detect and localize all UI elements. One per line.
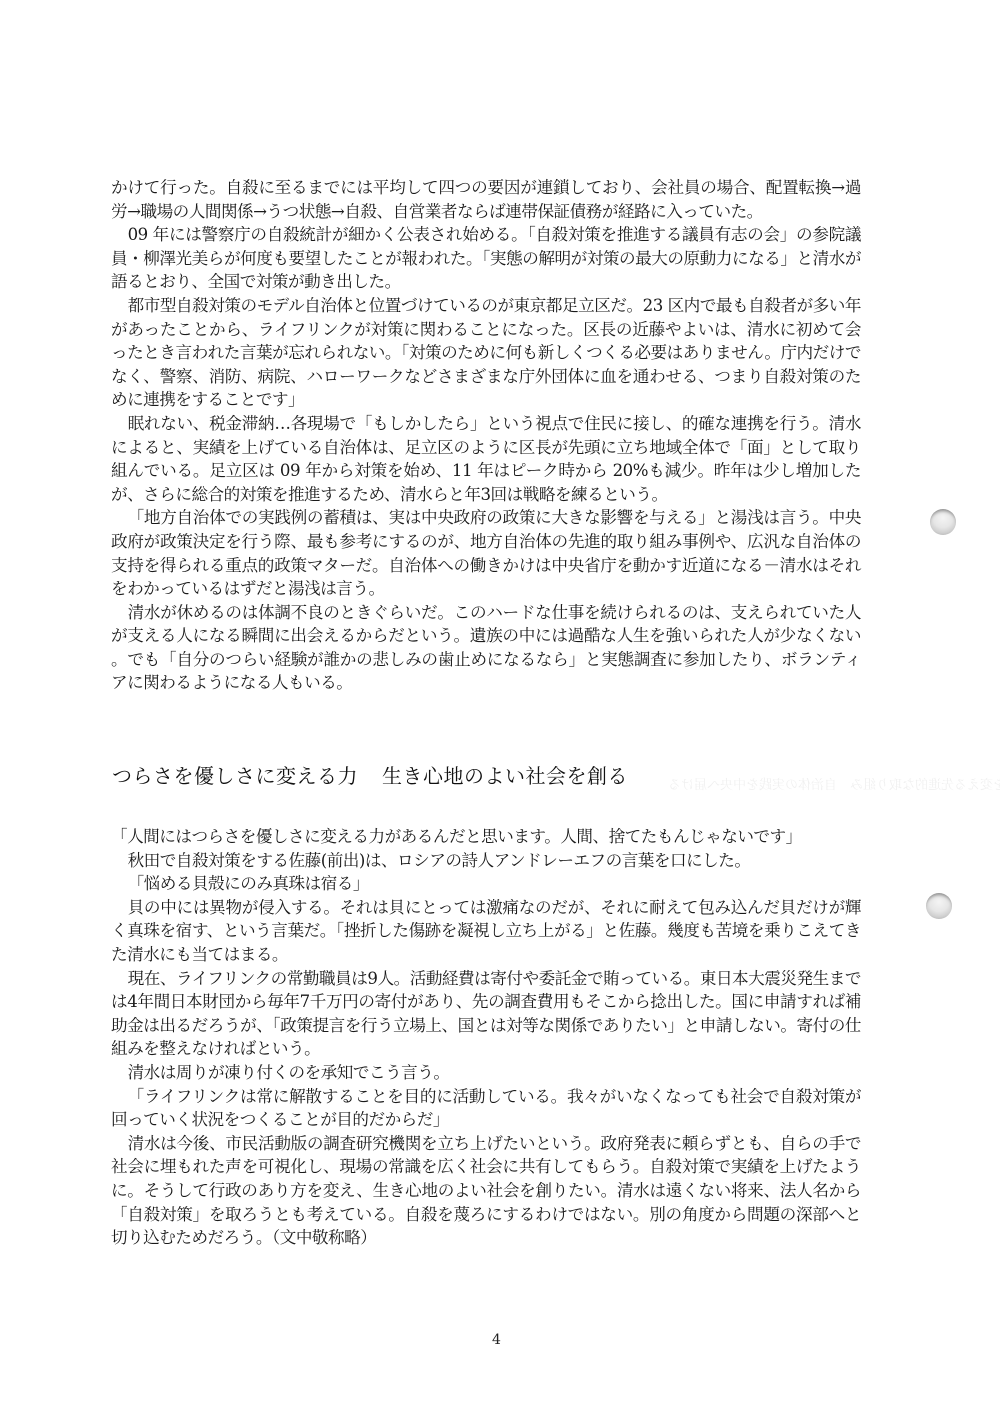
paragraph: 清水は今後、市民活動版の調査研究機関を立ち上げたいという。政府発表に頼らずとも、… (111, 1132, 861, 1250)
section-heading: つらさを優しさに変える力生き心地のよい社会を創る (112, 760, 628, 789)
paragraph: 「ライフリンクは常に解散することを目的に活動している。我々がいなくなっても社会で… (111, 1085, 861, 1132)
punch-hole-icon (930, 509, 956, 535)
paragraph: 貝の中には異物が侵入する。それは貝にとっては激痛なのだが、それに耐えて包み込んだ… (111, 896, 861, 967)
paragraph: 眠れない、税金滞納…各現場で「もしかしたら」という視点で住民に接し、的確な連携を… (111, 412, 861, 506)
punch-hole-icon (926, 893, 952, 919)
section-heading-part2: 生き心地のよい社会を創る (382, 764, 628, 788)
bleed-through-text: 行政を変える先進的な取り組み 自治体の実践を中央へ届ける (668, 774, 1000, 793)
article-body-bottom: 「人間にはつらさを優しさに変える力があるんだと思います。人間、捨てたもんじゃない… (111, 825, 861, 1250)
paragraph: 秋田で自殺対策をする佐藤(前出)は、ロシアの詩人アンドレーエフの言葉を口にした。 (111, 849, 861, 873)
article-body-top: かけて行った。自殺に至るまでには平均して四つの要因が連鎖しており、会社員の場合、… (111, 176, 861, 695)
paragraph: 09 年には警察庁の自殺統計が細かく公表され始める。「自殺対策を推進する議員有志… (111, 223, 861, 294)
document-page: かけて行った。自殺に至るまでには平均して四つの要因が連鎖しており、会社員の場合、… (0, 0, 1000, 1421)
paragraph: 「悩める貝殻にのみ真珠は宿る」 (111, 872, 861, 896)
section-heading-part1: つらさを優しさに変える力 (112, 764, 358, 788)
paragraph: かけて行った。自殺に至るまでには平均して四つの要因が連鎖しており、会社員の場合、… (111, 176, 861, 223)
paragraph: 清水は周りが凍り付くのを承知でこう言う。 (111, 1061, 861, 1085)
paragraph: 清水が休めるのは体調不良のときぐらいだ。このハードな仕事を続けられるのは、支えら… (111, 601, 861, 695)
paragraph: 「地方自治体での実践例の蓄積は、実は中央政府の政策に大きな影響を与える」と湯浅は… (111, 506, 861, 600)
paragraph: 「人間にはつらさを優しさに変える力があるんだと思います。人間、捨てたもんじゃない… (111, 825, 861, 849)
page-number: 4 (492, 1332, 501, 1348)
paragraph: 都市型自殺対策のモデル自治体と位置づけているのが東京都足立区だ。23 区内で最も… (111, 294, 861, 412)
paragraph: 現在、ライフリンクの常勤職員は9人。活動経費は寄付や委託金で賄っている。東日本大… (111, 967, 861, 1061)
